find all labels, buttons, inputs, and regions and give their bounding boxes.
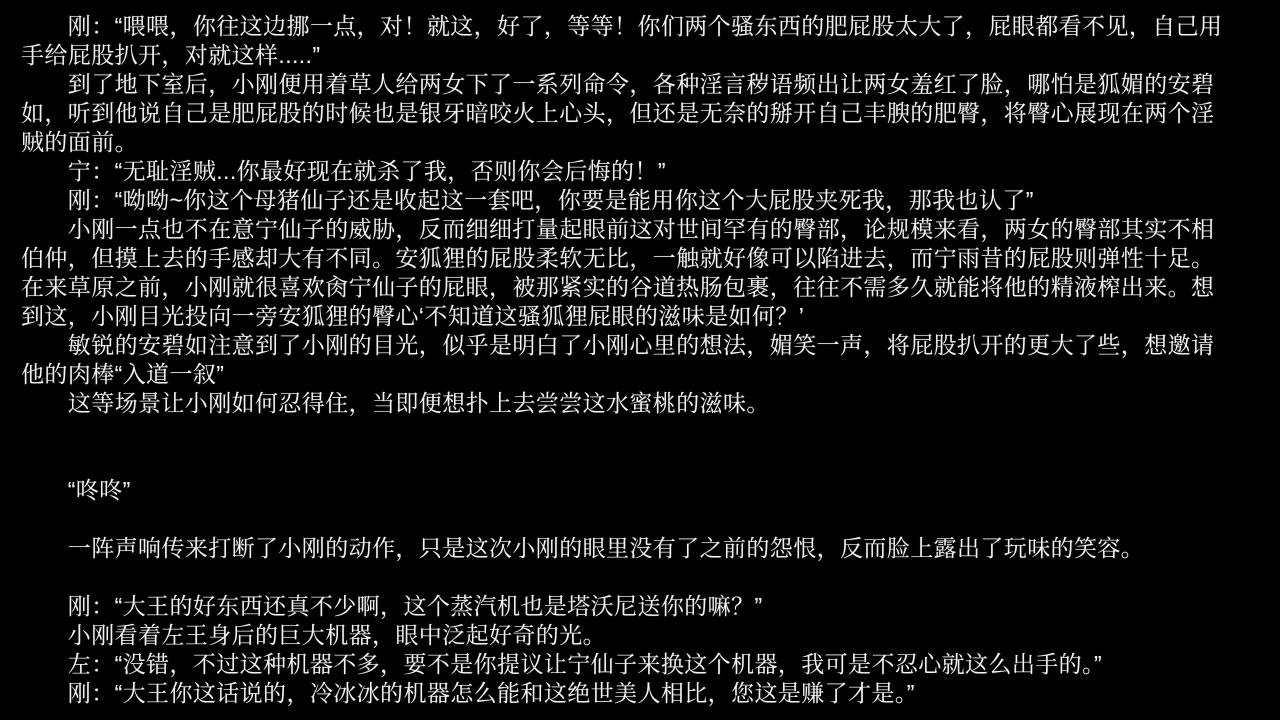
text-line: 左：“没错，不过这种机器不多，要不是你提议让宁仙子来换这个机器，我可是不忍心就这…: [21, 650, 1262, 679]
text-line: 在来草原之前，小刚就很喜欢肏宁仙子的屁眼，被那紧实的谷道热肠包裹，往往不需多久就…: [21, 273, 1262, 302]
text-line: 伯仲，但摸上去的手感却大有不同。安狐狸的屁股柔软无比，一触就好像可以陷进去，而宁…: [21, 244, 1262, 273]
blank-line: [21, 563, 1262, 592]
text-line: 宁：“无耻淫贼...你最好现在就杀了我，否则你会后悔的！”: [21, 157, 1262, 186]
text-line: 贼的面前。: [21, 128, 1262, 157]
text-line: 刚：“大王的好东西还真不少啊，这个蒸汽机也是塔沃尼送你的嘛？”: [21, 592, 1262, 621]
text-line: 敏锐的安碧如注意到了小刚的目光，似乎是明白了小刚心里的想法，媚笑一声，将屁股扒开…: [21, 331, 1262, 360]
blank-line: [21, 447, 1262, 476]
text-line: 小刚一点也不在意宁仙子的威胁，反而细细打量起眼前这对世间罕有的臀部，论规模来看，…: [21, 215, 1262, 244]
blank-line: [21, 418, 1262, 447]
text-line: 到了地下室后，小刚便用着草人给两女下了一系列命令，各种淫言秽语频出让两女羞红了脸…: [21, 70, 1262, 99]
text-line: 刚：“喂喂，你往这边挪一点，对！就这，好了，等等！你们两个骚东西的肥屁股太大了，…: [21, 12, 1262, 41]
text-line: “咚咚”: [21, 476, 1262, 505]
text-line: 小刚看着左王身后的巨大机器，眼中泛起好奇的光。: [21, 621, 1262, 650]
text-line: 刚：“呦呦~你这个母猪仙子还是收起这一套吧，你要是能用你这个大屁股夹死我，那我也…: [21, 186, 1262, 215]
text-line: 手给屁股扒开，对就这样.....”: [21, 41, 1262, 70]
text-line: 到这，小刚目光投向一旁安狐狸的臀心‘不知道这骚狐狸屁眼的滋味是如何？’: [21, 302, 1262, 331]
text-line: 如，听到他说自己是肥屁股的时候也是银牙暗咬火上心头，但还是无奈的掰开自己丰腴的肥…: [21, 99, 1262, 128]
text-line: 刚：“大王你这话说的，冷冰冰的机器怎么能和这绝世美人相比，您这是赚了才是。”: [21, 679, 1262, 708]
blank-line: [21, 505, 1262, 534]
text-line: 一阵声响传来打断了小刚的动作，只是这次小刚的眼里没有了之前的怨恨，反而脸上露出了…: [21, 534, 1262, 563]
text-line: 他的肉棒“入道一叙”: [21, 360, 1262, 389]
text-line: 这等场景让小刚如何忍得住，当即便想扑上去尝尝这水蜜桃的滋味。: [21, 389, 1262, 418]
text-viewer-page[interactable]: 刚：“喂喂，你往这边挪一点，对！就这，好了，等等！你们两个骚东西的肥屁股太大了，…: [0, 0, 1280, 720]
